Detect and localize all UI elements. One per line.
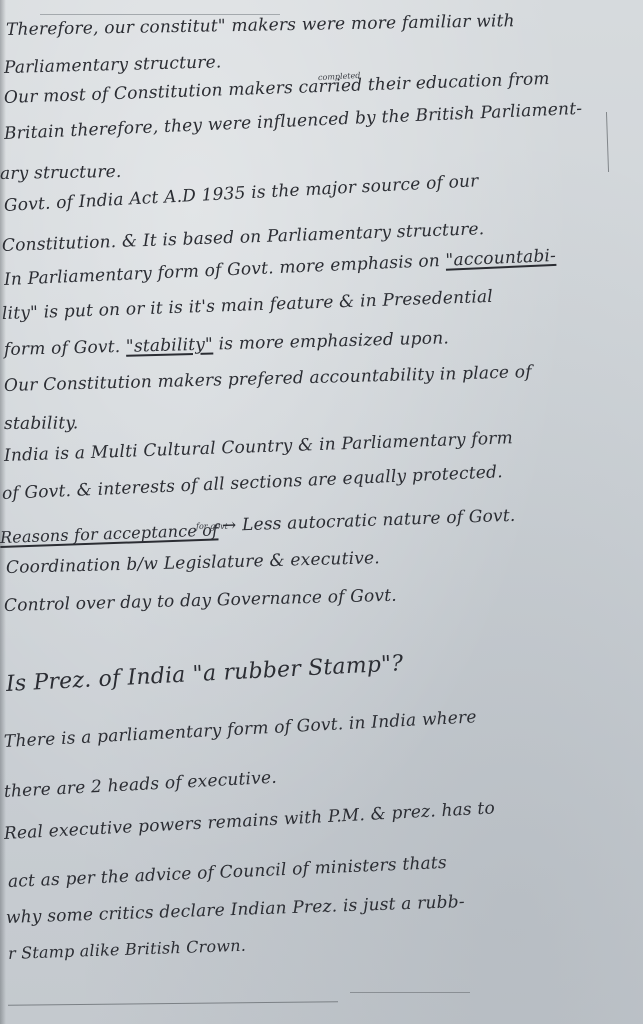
margin-rule-line (606, 112, 609, 172)
note-line: ary structure. (0, 162, 122, 184)
note-line: r Stamp alike British Crown. (8, 936, 247, 963)
note-line: Reasons for acceptance of (0, 520, 219, 547)
reasons-heading: Reasons for acceptance of (0, 520, 219, 547)
note-line: There is a parliamentary form of Govt. i… (3, 707, 477, 752)
note-text: is more emphasized upon. (213, 328, 449, 354)
note-line: Constitution. & It is based on Parliamen… (2, 219, 485, 256)
note-line: Therefore, our constitut" makers were mo… (6, 11, 515, 40)
emphasis-stability: "stability" (126, 335, 214, 357)
question-heading: Is Prez. of India "a rubber Stamp"? (5, 651, 404, 697)
note-line: Control over day to day Governance of Go… (4, 586, 397, 616)
note-line: Britain therefore, they were influenced … (4, 99, 583, 144)
note-line: there are 2 heads of executive. (3, 768, 277, 802)
note-line: Our Constitution makers prefered account… (4, 362, 532, 396)
note-line: why some critics declare Indian Prez. is… (6, 892, 465, 928)
note-text: form of Govt. (4, 337, 126, 360)
note-line: Parliamentary structure. (4, 52, 222, 78)
notebook-page: Therefore, our constitut" makers were mo… (0, 0, 643, 1024)
note-line: → Less autocratic nature of Govt. (222, 506, 516, 536)
note-line: form of Govt. "stability" is more emphas… (4, 328, 449, 360)
page-edge-shadow (0, 0, 6, 1024)
note-line: lity" is put on or it is it's main featu… (2, 287, 494, 324)
note-text: In Parliamentary form of Govt. more emph… (4, 251, 446, 290)
note-line: India is a Multi Cultural Country & in P… (4, 428, 514, 466)
note-line: Real executive powers remains with P.M. … (3, 798, 495, 844)
note-line: Coordination b/w Legislature & executive… (6, 548, 380, 578)
bottom-rule-line (350, 992, 470, 993)
bottom-rule-line (8, 1001, 338, 1005)
note-line: stability. (4, 413, 79, 434)
emphasis-accountability: "accountabi- (445, 246, 556, 271)
note-line: act as per the advice of Council of mini… (8, 853, 448, 892)
note-line: of Govt. & interests of all sections are… (2, 462, 504, 504)
